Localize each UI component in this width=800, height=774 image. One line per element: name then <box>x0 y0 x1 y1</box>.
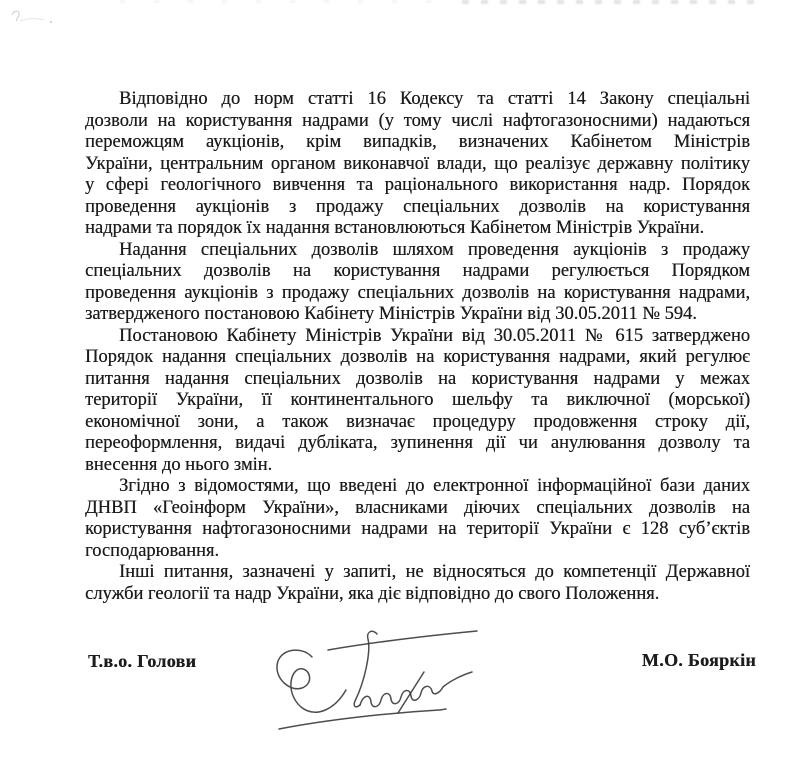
text-line: внесення до нього змін. <box>85 455 750 477</box>
text-line: ДНВП «Геоінформ України», власниками дію… <box>85 498 750 520</box>
text-line: Порядок надання спеціальних дозволів на … <box>85 347 750 369</box>
text-line: Постановою Кабінету Міністрів України ві… <box>85 326 750 348</box>
text-line: проведення аукціонів з продажу спеціальн… <box>85 197 750 219</box>
text-line: території України, її континентального ш… <box>85 390 750 412</box>
text-line: України, центральним органом виконавчої … <box>85 154 750 176</box>
document-body: Відповідно до норм статті 16 Кодексу та … <box>85 89 750 605</box>
text-line: економічної зони, а також визначає проце… <box>85 412 750 434</box>
paragraph: Згідно з відомостями, що введені до елек… <box>85 476 750 562</box>
text-line: у сфері геологічного вивчення та раціона… <box>85 175 750 197</box>
text-line: Згідно з відомостями, що введені до елек… <box>85 476 750 498</box>
text-line: переможцям аукціонів, крім випадків, виз… <box>85 132 750 154</box>
text-line: спеціальних дозволів на користування над… <box>85 261 750 283</box>
paragraph: Постановою Кабінету Міністрів України ві… <box>85 326 750 477</box>
pen-squiggle-mark <box>8 5 68 33</box>
text-line: переоформлення, видачі дубліката, зупине… <box>85 433 750 455</box>
text-line: дозволи на користування надрами (у тому … <box>85 111 750 133</box>
handwritten-signature <box>265 620 480 735</box>
scan-noise-strip <box>120 0 440 3</box>
scan-noise-strip <box>462 0 762 4</box>
text-line: служби геології та надр України, яка діє… <box>85 584 750 606</box>
text-line: Інші питання, зазначені у запиті, не від… <box>85 562 750 584</box>
paragraph: Відповідно до норм статті 16 Кодексу та … <box>85 89 750 240</box>
text-line: користування нафтогазоносними надрами на… <box>85 519 750 541</box>
text-line: затвердженого постановою Кабінету Мініст… <box>85 304 750 326</box>
text-line: надрами та порядок їх надання встановлюю… <box>85 218 750 240</box>
text-line: Надання спеціальних дозволів шляхом пров… <box>85 240 750 262</box>
scanned-letter-page: Відповідно до норм статті 16 Кодексу та … <box>0 0 800 774</box>
paragraph: Інші питання, зазначені у запиті, не від… <box>85 562 750 605</box>
text-line: Відповідно до норм статті 16 Кодексу та … <box>85 89 750 111</box>
signer-title: Т.в.о. Голови <box>88 651 196 672</box>
signer-name: М.О. Бояркін <box>642 650 756 671</box>
text-line: господарювання. <box>85 541 750 563</box>
text-line: питання надання спеціальних дозволів на … <box>85 369 750 391</box>
paragraph: Надання спеціальних дозволів шляхом пров… <box>85 240 750 326</box>
text-line: проведення аукціонів з продажу спеціальн… <box>85 283 750 305</box>
